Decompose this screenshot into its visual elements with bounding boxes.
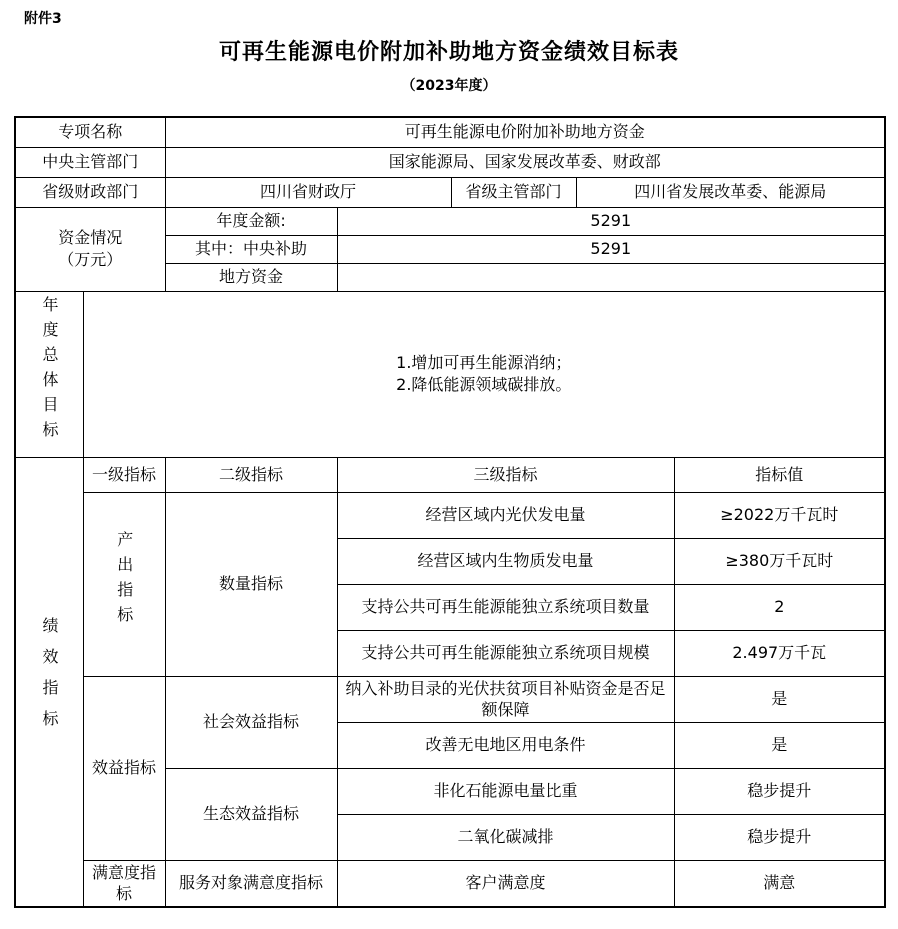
page-subtitle: （2023年度） [0, 77, 898, 95]
page-title: 可再生能源电价附加补助地方资金绩效目标表 [0, 0, 898, 68]
indicator-power-access: 改善无电地区用电条件 [337, 722, 674, 768]
level1-output-label: 产出指标 [113, 531, 135, 631]
performance-section-label: 绩效指标 [38, 617, 60, 741]
central-subsidy-label: 其中：中央补助 [165, 235, 337, 263]
level2-eco-benefit-label: 生态效益指标 [165, 768, 337, 860]
annual-amount-label: 年度金额: [165, 207, 337, 235]
table-row: 产出指标 数量指标 经营区域内光伏发电量 ≥2022万千瓦时 [15, 492, 885, 538]
central-dept-label: 中央主管部门 [15, 147, 165, 177]
prov-finance-label: 省级财政部门 [15, 177, 165, 207]
indicator-project-count: 支持公共可再生能源能独立系统项目数量 [337, 584, 674, 630]
level2-social-benefit-label: 社会效益指标 [165, 676, 337, 768]
performance-section-label-cell: 绩效指标 [15, 457, 83, 907]
value-customer-satisfaction: 满意 [674, 860, 885, 907]
annual-amount-value: 5291 [337, 207, 885, 235]
value-subsidy-guarantee: 是 [674, 676, 885, 722]
annual-goal-label-cell: 年度总体目标 [15, 291, 83, 457]
level1-benefit-label: 效益指标 [83, 676, 165, 860]
local-fund-label: 地方资金 [165, 263, 337, 291]
value-power-access: 是 [674, 722, 885, 768]
indicator-pv-generation: 经营区域内光伏发电量 [337, 492, 674, 538]
level1-satisfaction-label: 满意度指标 [83, 860, 165, 907]
indicator-customer-satisfaction: 客户满意度 [337, 860, 674, 907]
table-row: 绩效指标 一级指标 二级指标 三级指标 指标值 [15, 457, 885, 492]
value-nonfossil-share: 稳步提升 [674, 768, 885, 814]
project-name-label: 专项名称 [15, 117, 165, 147]
prov-finance-value: 四川省财政厅 [165, 177, 451, 207]
indicator-subsidy-guarantee: 纳入补助目录的光伏扶贫项目补贴资金是否足额保障 [337, 676, 674, 722]
table-row: 效益指标 社会效益指标 纳入补助目录的光伏扶贫项目补贴资金是否足额保障 是 [15, 676, 885, 722]
value-project-count: 2 [674, 584, 885, 630]
project-name-value: 可再生能源电价附加补助地方资金 [165, 117, 885, 147]
central-dept-value: 国家能源局、国家发展改革委、财政部 [165, 147, 885, 177]
table-row: 专项名称 可再生能源电价附加补助地方资金 [15, 117, 885, 147]
value-pv-generation: ≥2022万千瓦时 [674, 492, 885, 538]
prov-dept-value: 四川省发展改革委、能源局 [576, 177, 885, 207]
table-row: 年度总体目标 1.增加可再生能源消纳； 2.降低能源领域碳排放。 [15, 291, 885, 457]
prov-dept-label: 省级主管部门 [451, 177, 576, 207]
header-value: 指标值 [674, 457, 885, 492]
annual-goal-text: 1.增加可再生能源消纳； 2.降低能源领域碳排放。 [83, 291, 885, 457]
header-level3: 三级指标 [337, 457, 674, 492]
value-project-scale: 2.497万千瓦 [674, 630, 885, 676]
table-row: 中央主管部门 国家能源局、国家发展改革委、财政部 [15, 147, 885, 177]
value-co2-reduction: 稳步提升 [674, 814, 885, 860]
document-page: 附件3 可再生能源电价附加补助地方资金绩效目标表 （2023年度） 专项名称 可… [0, 0, 898, 929]
local-fund-value [337, 263, 885, 291]
table-row: 省级财政部门 四川省财政厅 省级主管部门 四川省发展改革委、能源局 [15, 177, 885, 207]
indicator-project-scale: 支持公共可再生能源能独立系统项目规模 [337, 630, 674, 676]
performance-target-table: 专项名称 可再生能源电价附加补助地方资金 中央主管部门 国家能源局、国家发展改革… [14, 116, 886, 908]
value-biomass-generation: ≥380万千瓦时 [674, 538, 885, 584]
indicator-co2-reduction: 二氧化碳减排 [337, 814, 674, 860]
level2-service-satisfaction-label: 服务对象满意度指标 [165, 860, 337, 907]
header-level2: 二级指标 [165, 457, 337, 492]
funding-section-label: 资金情况 （万元） [15, 207, 165, 291]
table-row: 资金情况 （万元） 年度金额: 5291 [15, 207, 885, 235]
annual-goal-label: 年度总体目标 [38, 296, 60, 446]
header-level1: 一级指标 [83, 457, 165, 492]
table-row: 满意度指标 服务对象满意度指标 客户满意度 满意 [15, 860, 885, 907]
level1-output-cell: 产出指标 [83, 492, 165, 676]
indicator-biomass-generation: 经营区域内生物质发电量 [337, 538, 674, 584]
central-subsidy-value: 5291 [337, 235, 885, 263]
indicator-nonfossil-share: 非化石能源电量比重 [337, 768, 674, 814]
attachment-label: 附件3 [24, 8, 62, 28]
level2-quantity-label: 数量指标 [165, 492, 337, 676]
